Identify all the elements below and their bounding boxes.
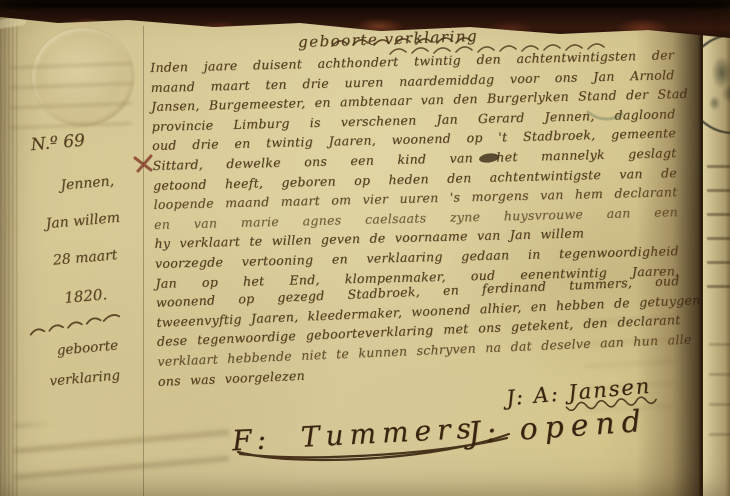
signature-witness-tummers: F: Tummers [231,412,477,458]
margin-date-year: 1820. [63,281,158,326]
ink-bleedthrough-bottom-left [14,424,229,482]
adjacent-page-text-fragments-lower [709,326,730,436]
act-body-text: Inden jaare duisent achthondert twintig … [150,45,682,391]
register-page: geboorte verklaring N.º 69 Jennen, Jan w… [0,6,702,496]
adjacent-page-text-fragments [707,156,730,288]
embossed-seal [32,28,134,126]
binding-edge-striations [0,6,18,496]
adjacent-page-edge [702,6,730,496]
page-title: geboorte verklaring [298,27,479,51]
signature-witness-opend: J: opend [467,404,649,451]
circular-ink-stamp [702,34,730,134]
margin-annotations: N.º 69 Jennen, Jan willem 28 maart 1820.… [22,126,165,404]
book-scan-photo: geboorte verklaring N.º 69 Jennen, Jan w… [0,0,730,496]
